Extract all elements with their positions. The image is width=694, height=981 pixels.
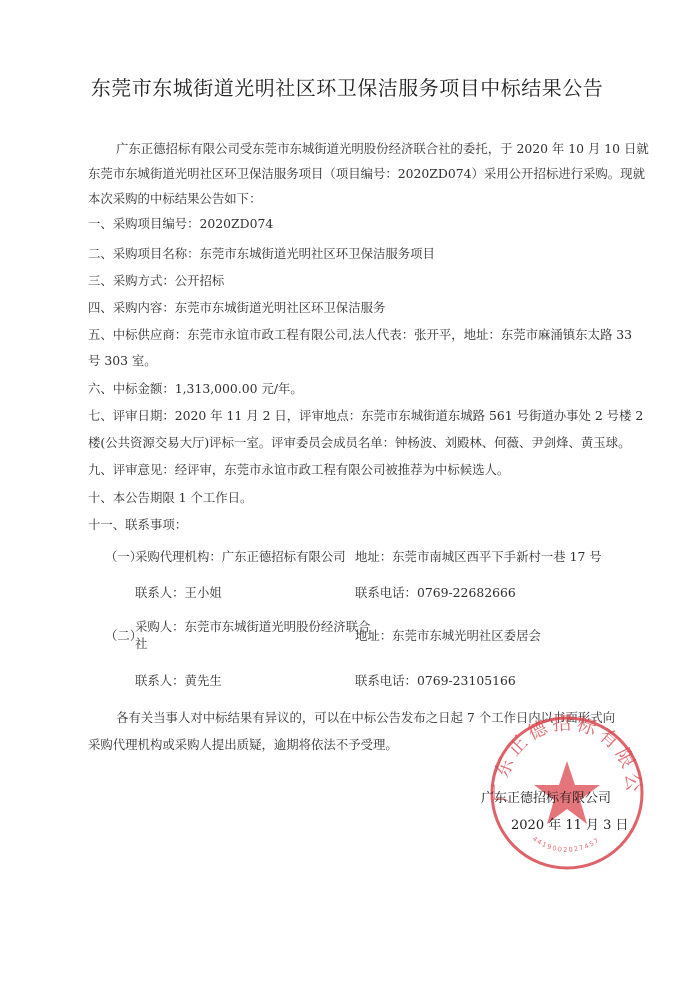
item-review-opinion: 九、评审意见：经评审，东莞市永谊市政工程有限公司被推荐为中标候选人。: [88, 460, 509, 478]
signature-date: 2020 年 11 月 3 日: [511, 814, 629, 833]
contact-1-address: 地址：东莞市南城区西平下手新村一巷 17 号: [355, 547, 602, 565]
contact-2-org-line2: 社: [135, 634, 147, 652]
page-title: 东莞市东城街道光明社区环卫保洁服务项目中标结果公告: [0, 72, 694, 101]
intro-line-3: 本次采购的中标结果公告如下：: [88, 189, 261, 207]
item-contacts-heading: 十一、联系事项：: [88, 515, 187, 533]
contact-2-person: 联系人：黄先生: [135, 671, 222, 689]
item-supplier-cont: 号 303 室。: [88, 351, 157, 369]
notice-line-2: 采购代理机构或采购人提出质疑，逾期将依法不予受理。: [88, 735, 398, 753]
contact-2-address: 地址：东莞市东城光明社区委居会: [355, 626, 541, 644]
item-review-date: 七、评审日期：2020 年 11 月 2 日，评审地点：东莞市东城街道东城路 5…: [88, 406, 643, 424]
item-procurement-content: 四、采购内容：东莞市东城街道光明社区环卫保洁服务: [88, 298, 385, 316]
contact-1-phone: 联系电话：0769-22682666: [355, 583, 516, 601]
notice-line-1: 各有关当事人对中标结果有异议的，可以在中标公告发布之日起 7 个工作日内以书面形…: [116, 708, 615, 726]
item-review-date-cont: 楼(公共资源交易大厅)评标一室。评审委员会成员名单：钟杨波、刘殿林、何薇、尹剑烽…: [88, 433, 630, 451]
contact-2-org-line1: 采购人：东莞市东城街道光明股份经济联合: [135, 617, 370, 635]
item-project-number: 一、采购项目编号：2020ZD074: [88, 214, 273, 232]
svg-text:4419002027457: 4419002027457: [531, 835, 602, 854]
item-amount: 六、中标金额：1,313,000.00 元/年。: [88, 379, 303, 397]
contact-1-person: 联系人：王小姐: [135, 583, 222, 601]
intro-line-2: 东莞市东城街道光明社区环卫保洁服务项目（项目编号：2020ZD074）采用公开招…: [88, 164, 645, 182]
item-procurement-method: 三、采购方式：公开招标: [88, 271, 224, 289]
document-page: 东莞市东城街道光明社区环卫保洁服务项目中标结果公告 广东正德招标有限公司受东莞市…: [0, 0, 694, 981]
intro-line-1: 广东正德招标有限公司受东莞市东城街道光明股份经济联合社的委托，于 2020 年 …: [116, 139, 649, 157]
item-supplier: 五、中标供应商：东莞市永谊市政工程有限公司,法人代表：张开平，地址：东莞市麻涌镇…: [88, 325, 632, 343]
item-notice-period: 十、本公告期限 1 个工作日。: [88, 488, 252, 506]
item-project-name: 二、采购项目名称：东莞市东城街道光明社区环卫保洁服务项目: [88, 244, 435, 262]
contact-2-phone: 联系电话：0769-23105166: [355, 671, 516, 689]
signature-company: 广东正德招标有限公司: [481, 787, 611, 806]
contact-1-org: 采购代理机构：广东正德招标有限公司: [135, 547, 346, 565]
